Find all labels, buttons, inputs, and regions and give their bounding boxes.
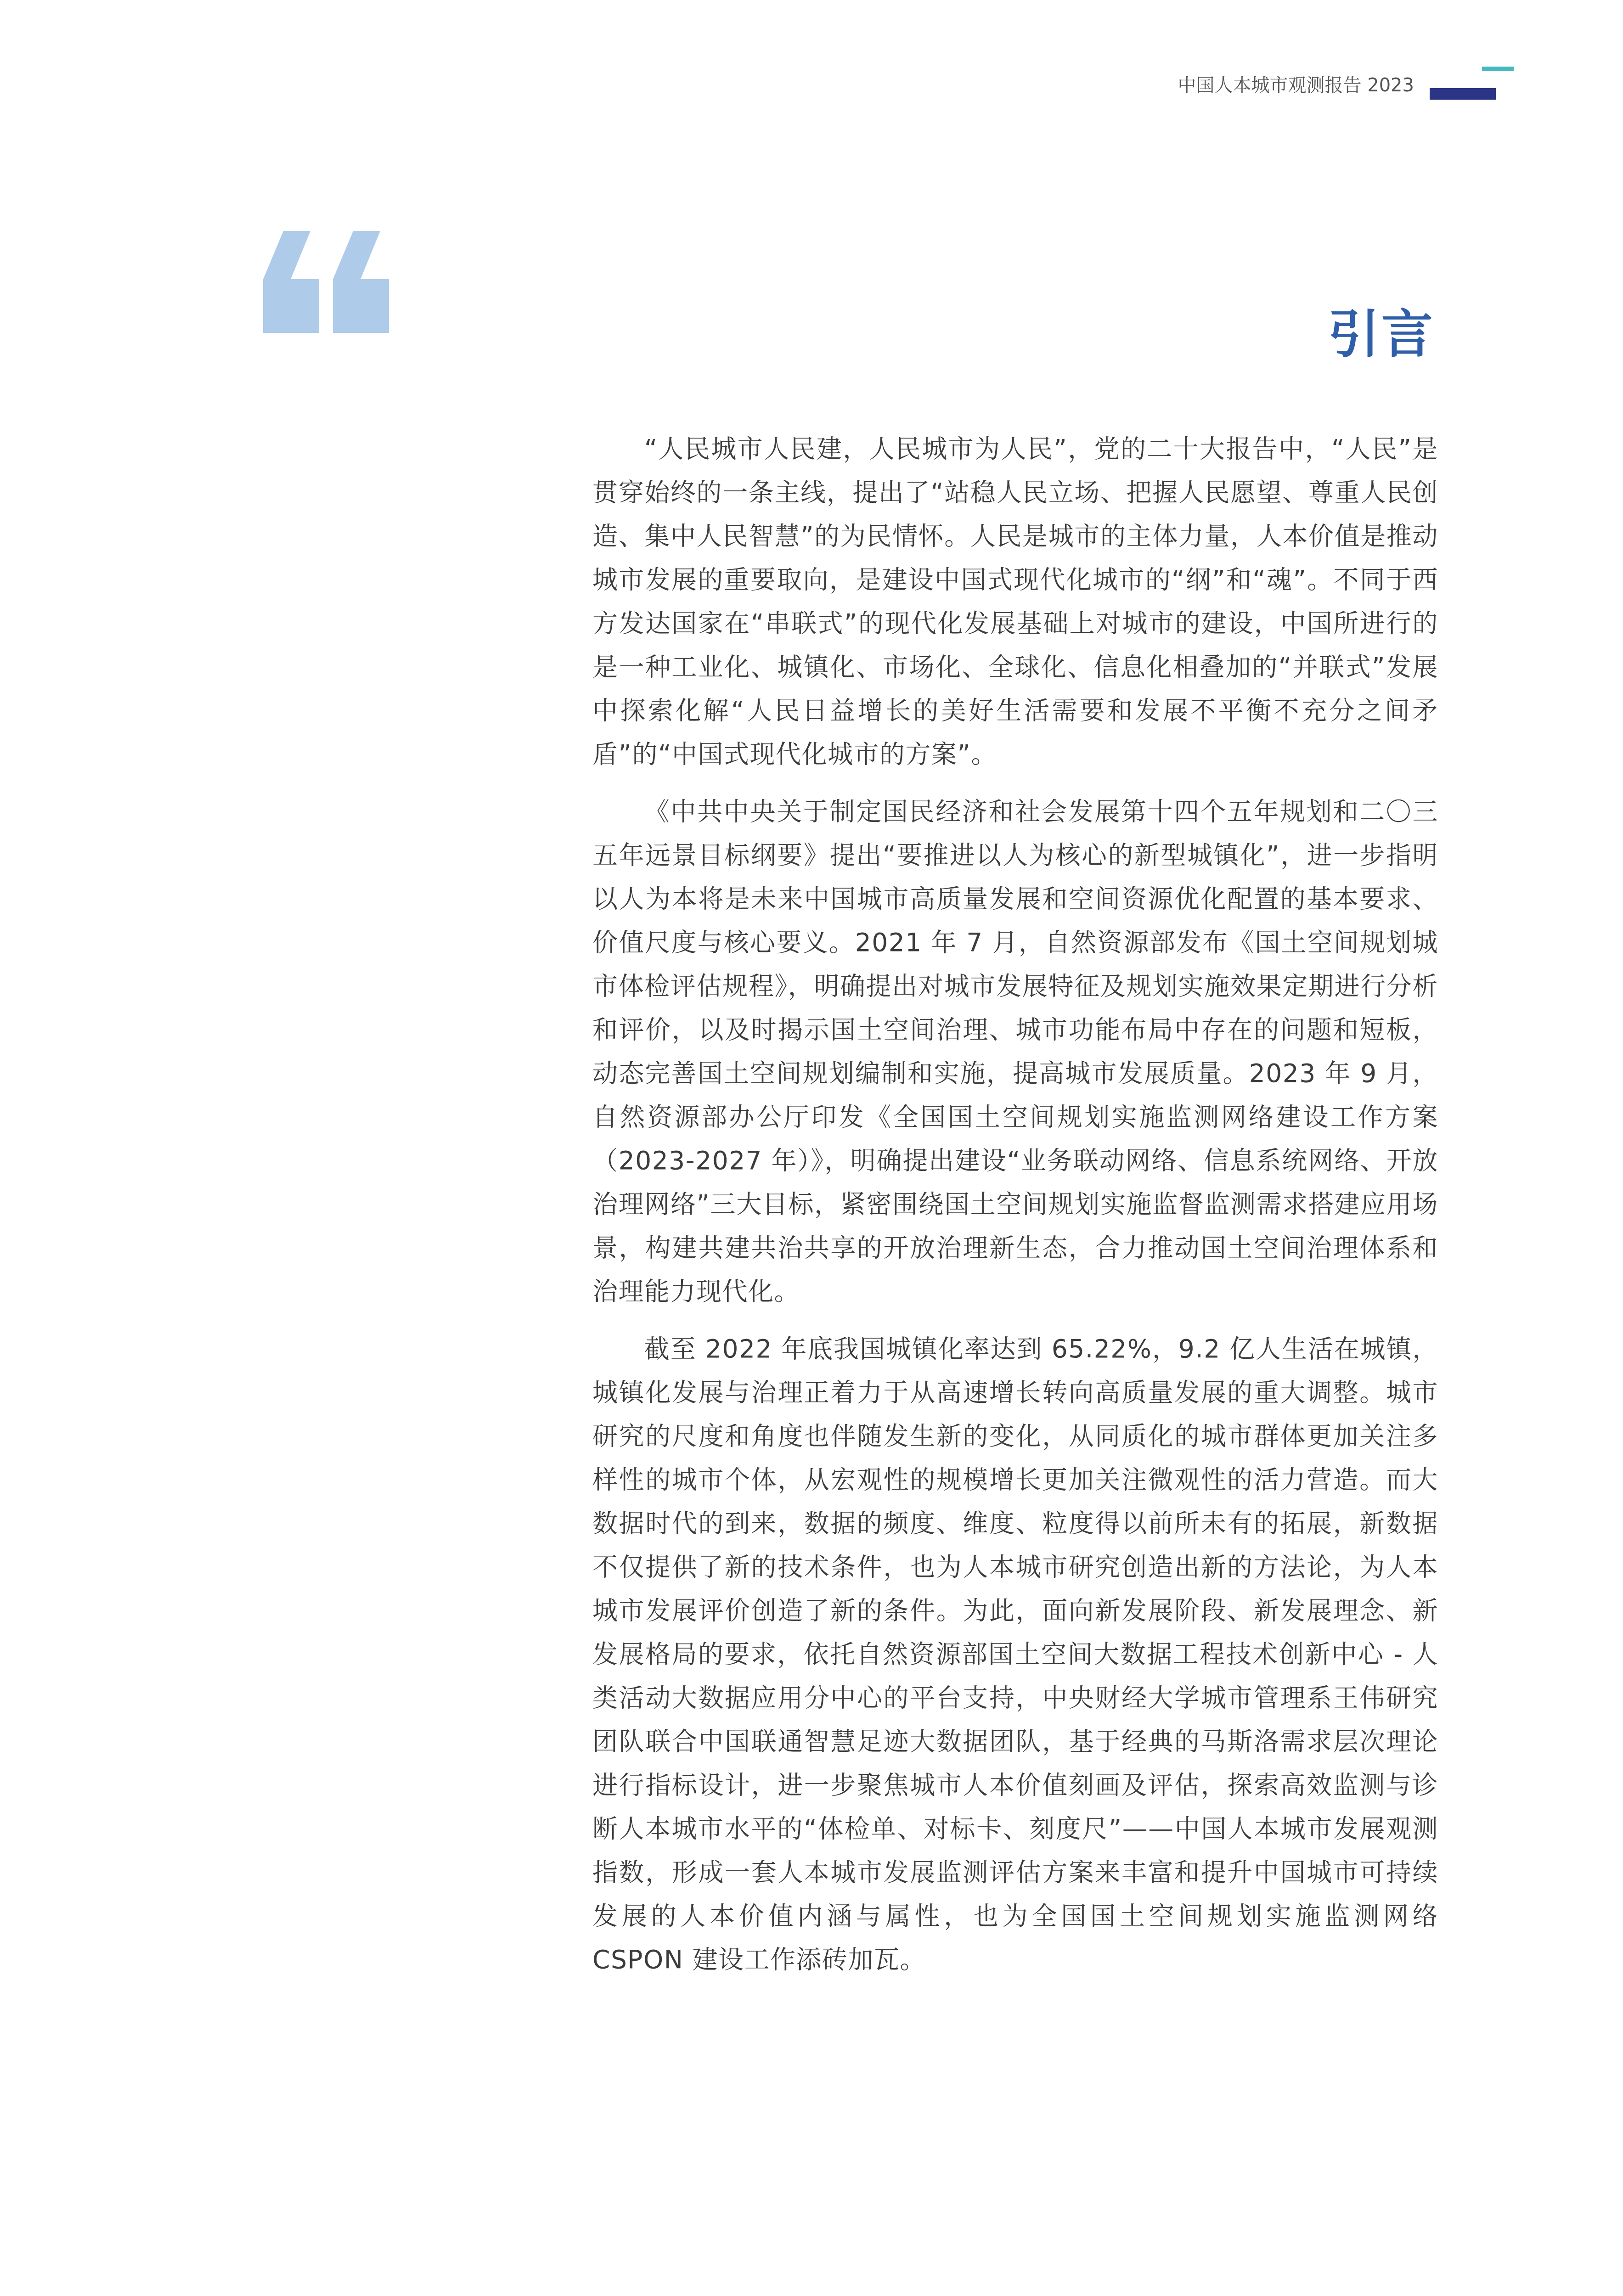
paragraph-1: “人民城市人民建，人民城市为人民”，党的二十大报告中，“人民”是贯穿始终的一条主… xyxy=(592,427,1438,776)
paragraph-2: 《中共中央关于制定国民经济和社会发展第十四个五年规划和二〇三五年远景目标纲要》提… xyxy=(592,790,1438,1313)
body-text: “人民城市人民建，人民城市为人民”，党的二十大报告中，“人民”是贯穿始终的一条主… xyxy=(592,427,1438,1995)
section-title: 引言 xyxy=(1328,305,1435,365)
open-double-quote-icon xyxy=(263,231,389,333)
header-accent-teal-line xyxy=(1482,67,1514,71)
header-accent-navy-bar xyxy=(1430,88,1496,100)
running-header-title: 中国人本城市观测报告 2023 xyxy=(1178,73,1414,98)
paragraph-3: 截至 2022 年底我国城镇化率达到 65.22%，9.2 亿人生活在城镇，城镇… xyxy=(592,1327,1438,1981)
